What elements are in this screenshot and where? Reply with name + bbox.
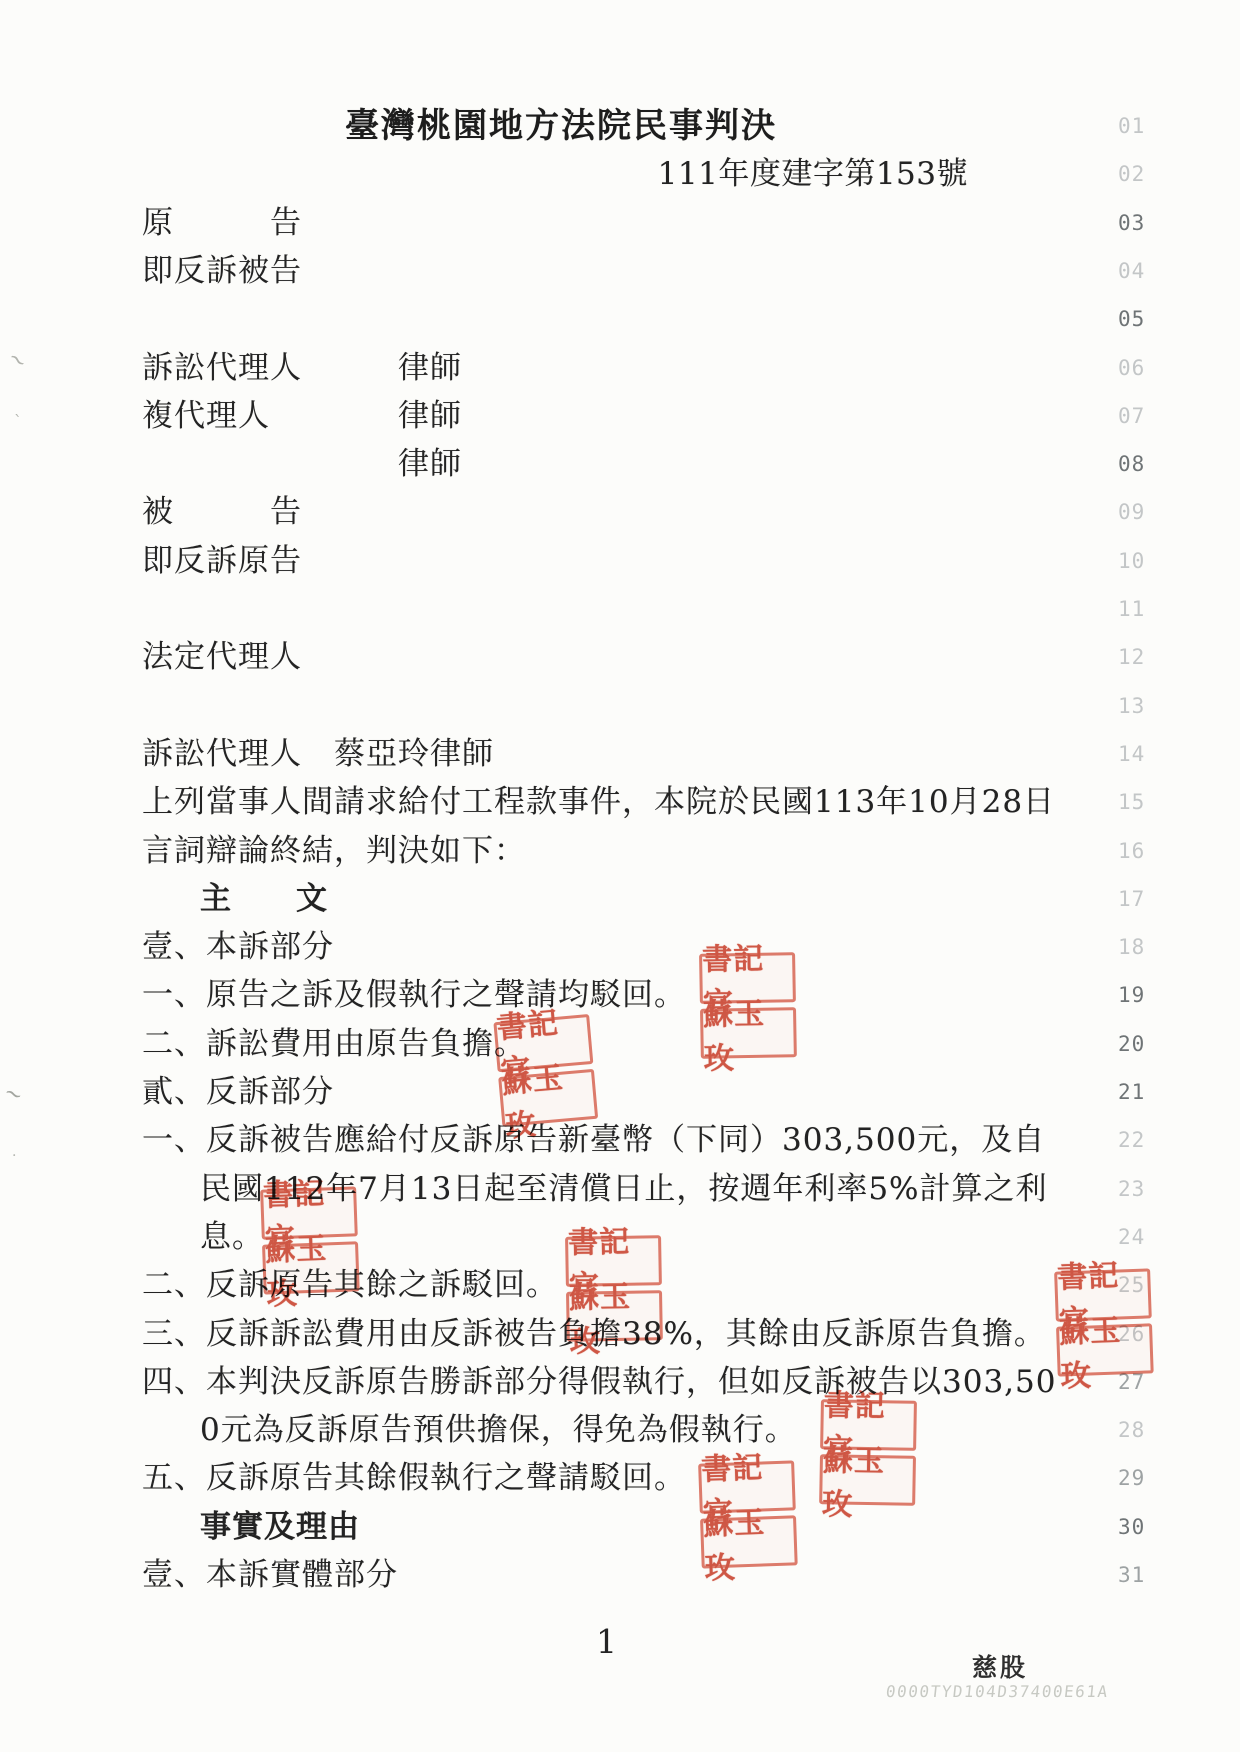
line-number: 16 (1118, 827, 1145, 876)
clerk-seal-stamp: 書記官 蘇玉玫 (260, 1186, 360, 1299)
line-text: 事實及理由 (200, 1503, 360, 1552)
line-number: 01 (1118, 102, 1145, 151)
judgment-line-23: 民國112年7月13日起至清償日止，按週年利率5%計算之利23 (0, 1165, 1240, 1214)
line-number: 12 (1118, 633, 1145, 682)
judgment-line-11: 11 (0, 585, 1240, 634)
line-number: 10 (1118, 537, 1145, 586)
judgment-line-22: 一、反訴被告應給付反訴原告新臺幣（下同）303,500元，及自22 (0, 1116, 1240, 1165)
line-text: 法定代理人 (142, 633, 302, 682)
line-number: 06 (1118, 344, 1145, 393)
line-text: 上列當事人間請求給付工程款事件，本院於民國113年10月28日 (142, 778, 1055, 827)
judgment-line-09: 被 告09 (0, 488, 1240, 537)
judgment-line-16: 言詞辯論終結，判決如下：16 (0, 827, 1240, 876)
line-number: 19 (1118, 971, 1145, 1020)
judgment-line-13: 13 (0, 682, 1240, 731)
line-number: 02 (1118, 150, 1145, 199)
clerk-seal-stamp: 書記官 蘇玉玫 (1054, 1268, 1154, 1381)
judgment-line-27: 四、本判決反訴原告勝訴部分得假執行，但如反訴被告以303,5027 (0, 1358, 1240, 1407)
line-text: 四、本判決反訴原告勝訴部分得假執行，但如反訴被告以303,50 (142, 1358, 1056, 1407)
line-text: 一、原告之訴及假執行之聲請均駁回。 (142, 971, 686, 1020)
line-text: 五、反訴原告其餘假執行之聲請駁回。 (142, 1454, 686, 1503)
stamp-name-box: 蘇玉玫 (262, 1241, 360, 1294)
line-text: 臺灣桃園地方法院民事判決 (345, 102, 777, 151)
line-number: 22 (1118, 1116, 1145, 1165)
line-text: 壹、本訴實體部分 (142, 1551, 398, 1600)
judgment-line-10: 即反訴原告10 (0, 537, 1240, 586)
judgment-line-04: 即反訴被告04 (0, 247, 1240, 296)
judgment-line-17: 主 文17 (0, 875, 1240, 924)
line-number: 20 (1118, 1020, 1145, 1069)
stamp-name-box: 蘇玉玫 (700, 1515, 798, 1568)
line-number: 14 (1118, 730, 1145, 779)
line-text: 被 告 (142, 488, 302, 537)
line-number: 31 (1118, 1551, 1145, 1600)
line-number: 13 (1118, 682, 1145, 731)
stamp-name-box: 蘇玉玫 (566, 1290, 663, 1342)
scan-artifact: · (12, 1148, 16, 1164)
stamp-name-box: 蘇玉玫 (819, 1454, 916, 1506)
division-label: 慈股 (972, 1648, 1028, 1684)
judgment-line-06: 訴訟代理人 律師06 (0, 344, 1240, 393)
line-text: 複代理人 律師 (142, 392, 462, 441)
stamp-name-box: 蘇玉玫 (1056, 1323, 1154, 1376)
judgment-line-15: 上列當事人間請求給付工程款事件，本院於民國113年10月28日15 (0, 778, 1240, 827)
line-number: 23 (1118, 1165, 1145, 1214)
court-judgment-page: 臺灣桃園地方法院民事判決01111年度建字第153號02原 告03即反訴被告04… (0, 0, 1240, 1752)
judgment-line-08: 律師08 (0, 440, 1240, 489)
line-text: 二、訴訟費用由原告負擔。 (142, 1020, 526, 1069)
line-text: 息。 (200, 1213, 264, 1262)
judgment-line-20: 二、訴訟費用由原告負擔。20 (0, 1020, 1240, 1069)
line-number: 28 (1118, 1406, 1145, 1455)
clerk-seal-stamp: 書記官 蘇玉玫 (819, 1399, 917, 1511)
judgment-line-07: 複代理人 律師07 (0, 392, 1240, 441)
line-text: 貳、反訴部分 (142, 1068, 334, 1117)
line-text: 訴訟代理人 律師 (142, 344, 462, 393)
judgment-line-05: 05 (0, 295, 1240, 344)
line-text: 壹、本訴部分 (142, 923, 334, 972)
stamp-name-box: 蘇玉玫 (700, 1007, 797, 1059)
judgment-line-14: 訴訟代理人 蔡亞玲律師14 (0, 730, 1240, 779)
judgment-line-30: 事實及理由30 (0, 1503, 1240, 1552)
judgment-line-01: 臺灣桃園地方法院民事判決01 (0, 102, 1240, 151)
line-text: 原 告 (142, 199, 302, 248)
line-number: 30 (1118, 1503, 1145, 1552)
line-text: 即反訴被告 (142, 247, 302, 296)
line-number: 08 (1118, 440, 1145, 489)
line-text: 言詞辯論終結，判決如下： (142, 827, 526, 876)
line-text: 111年度建字第153號 (658, 150, 968, 199)
judgment-line-12: 法定代理人12 (0, 633, 1240, 682)
judgment-line-03: 原 告03 (0, 199, 1240, 248)
line-number: 29 (1118, 1454, 1145, 1503)
judgment-line-18: 壹、本訴部分18 (0, 923, 1240, 972)
line-text: 即反訴原告 (142, 537, 302, 586)
page-number: 1 (596, 1622, 617, 1661)
judgment-line-28: 0元為反訴原告預供擔保，得免為假執行。28 (0, 1406, 1240, 1455)
line-number: 04 (1118, 247, 1145, 296)
judgment-line-02: 111年度建字第153號02 (0, 150, 1240, 199)
clerk-seal-stamp: 書記官 蘇玉玫 (699, 952, 797, 1064)
scan-code: 0000TYD104D37400E61A (885, 1682, 1110, 1701)
judgment-line-31: 壹、本訴實體部分31 (0, 1551, 1240, 1600)
line-number: 11 (1118, 585, 1145, 634)
line-number: 03 (1118, 199, 1145, 248)
line-text: 主 文 (200, 875, 328, 924)
clerk-seal-stamp: 書記官 蘇玉玫 (698, 1460, 798, 1573)
line-number: 05 (1118, 295, 1145, 344)
clerk-seal-stamp: 書記官 蘇玉玫 (565, 1235, 663, 1347)
line-text: 律師 (142, 440, 462, 489)
judgment-line-19: 一、原告之訴及假執行之聲請均駁回。19 (0, 971, 1240, 1020)
judgment-line-29: 五、反訴原告其餘假執行之聲請駁回。29 (0, 1454, 1240, 1503)
clerk-seal-stamp: 書記官 蘇玉玫 (493, 1014, 598, 1132)
line-number: 21 (1118, 1068, 1145, 1117)
line-number: 15 (1118, 778, 1145, 827)
line-number: 17 (1118, 875, 1145, 924)
line-text: 訴訟代理人 蔡亞玲律師 (142, 730, 494, 779)
judgment-line-21: 貳、反訴部分21 (0, 1068, 1240, 1117)
stamp-name-box: 蘇玉玫 (498, 1069, 598, 1127)
scan-artifact: ` (14, 412, 22, 431)
line-number: 18 (1118, 923, 1145, 972)
line-number: 07 (1118, 392, 1145, 441)
line-number: 09 (1118, 488, 1145, 537)
